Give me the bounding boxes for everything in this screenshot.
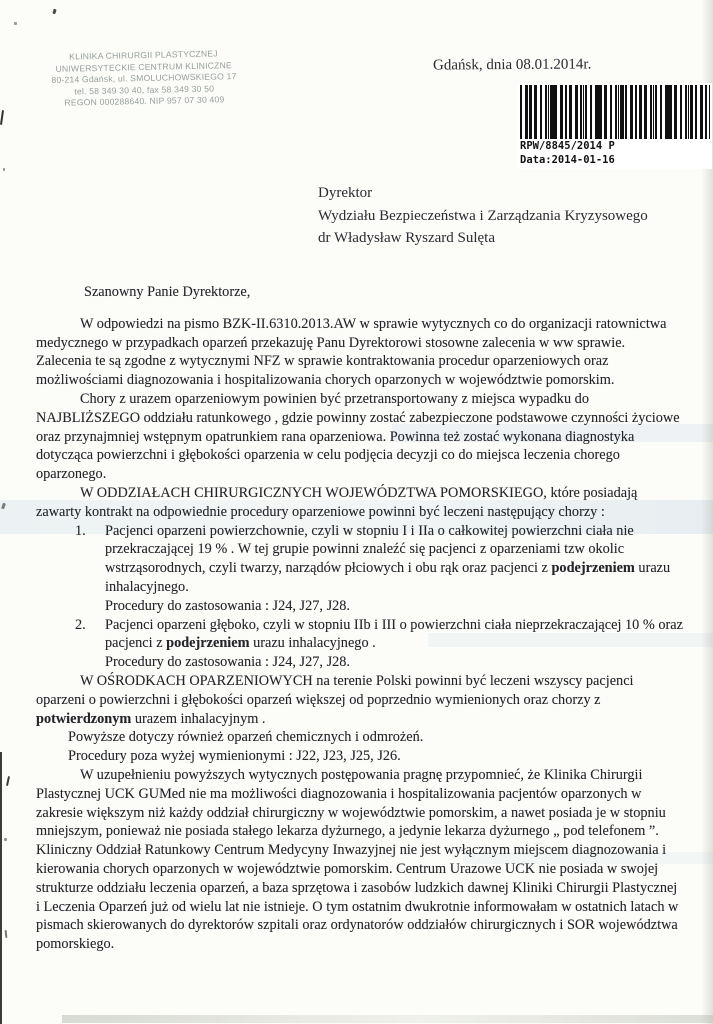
paragraph-2: Chory z urazem oparzeniowym powinien być… [36, 390, 684, 484]
recipient-title: Dyrektor [318, 182, 648, 205]
list-item-procedures: Procedury do zastosowania : J24, J27, J2… [105, 597, 684, 616]
scan-speck [3, 168, 5, 171]
list-item-text: Pacjenci oparzeni głęboko, czyli w stopn… [105, 616, 684, 654]
sender-stamp: KLINIKA CHIRURGII PLASTYCZNEJ UNIWERSYTE… [37, 48, 250, 110]
scan-speck [4, 838, 7, 841]
paragraph-7: W uzupełnieniu powyższych wytycznych pos… [36, 766, 684, 954]
recipient-department: Wydziału Bezpieczeństwa i Zarządzania Kr… [318, 205, 648, 228]
scan-speck [6, 776, 10, 786]
list-item: 1. Pacjenci oparzeni powierzchownie, czy… [36, 522, 684, 616]
barcode-image [520, 85, 710, 139]
recipient-person: dr Władysław Ryszard Sulęta [318, 227, 648, 250]
recipient-block: Dyrektor Wydziału Bezpieczeństwa i Zarzą… [318, 182, 648, 250]
list-item-number: 1. [75, 522, 86, 541]
list-item: 2. Pacjenci oparzeni głęboko, czyli w st… [36, 616, 684, 672]
barcode-date: Data:2014-01-16 [520, 155, 710, 167]
paragraph-3: W ODDZIAŁACH CHIRURGICZNYCH WOJEWÓDZTWA … [36, 484, 684, 522]
scan-edge-line [0, 752, 2, 1024]
scan-speck [14, 22, 17, 25]
letter-body: Szanowny Panie Dyrektorze, W odpowiedzi … [36, 283, 684, 954]
city-date: Gdańsk, dnia 08.01.2014r. [433, 56, 591, 74]
barcode-reference: RPW/8845/2014 P [520, 141, 710, 153]
scan-speck [0, 110, 4, 125]
scan-speck [52, 9, 56, 15]
list-item-number: 2. [75, 616, 86, 635]
scan-speck [1, 503, 6, 510]
scan-speck [5, 930, 8, 938]
paragraph-1: W odpowiedzi na pismo BZK-II.6310.2013.A… [36, 315, 684, 390]
barcode-block: RPW/8845/2014 P Data:2014-01-16 [518, 83, 712, 169]
salutation: Szanowny Panie Dyrektorze, [84, 283, 684, 302]
list-item-procedures: Procedury do zastosowania : J24, J27, J2… [105, 653, 684, 672]
list-item-text: Pacjenci oparzeni powierzchownie, czyli … [105, 522, 684, 597]
scanned-letter-page: KLINIKA CHIRURGII PLASTYCZNEJ UNIWERSYTE… [0, 0, 713, 1024]
scan-bottom-smudge [62, 1015, 713, 1023]
paragraph-6: Procedury poza wyżej wymienionymi : J22,… [36, 747, 684, 766]
paragraph-5: Powyższe dotyczy również oparzeń chemicz… [36, 728, 684, 747]
paragraph-4: W OŚRODKACH OPARZENIOWYCH na terenie Pol… [36, 672, 684, 728]
